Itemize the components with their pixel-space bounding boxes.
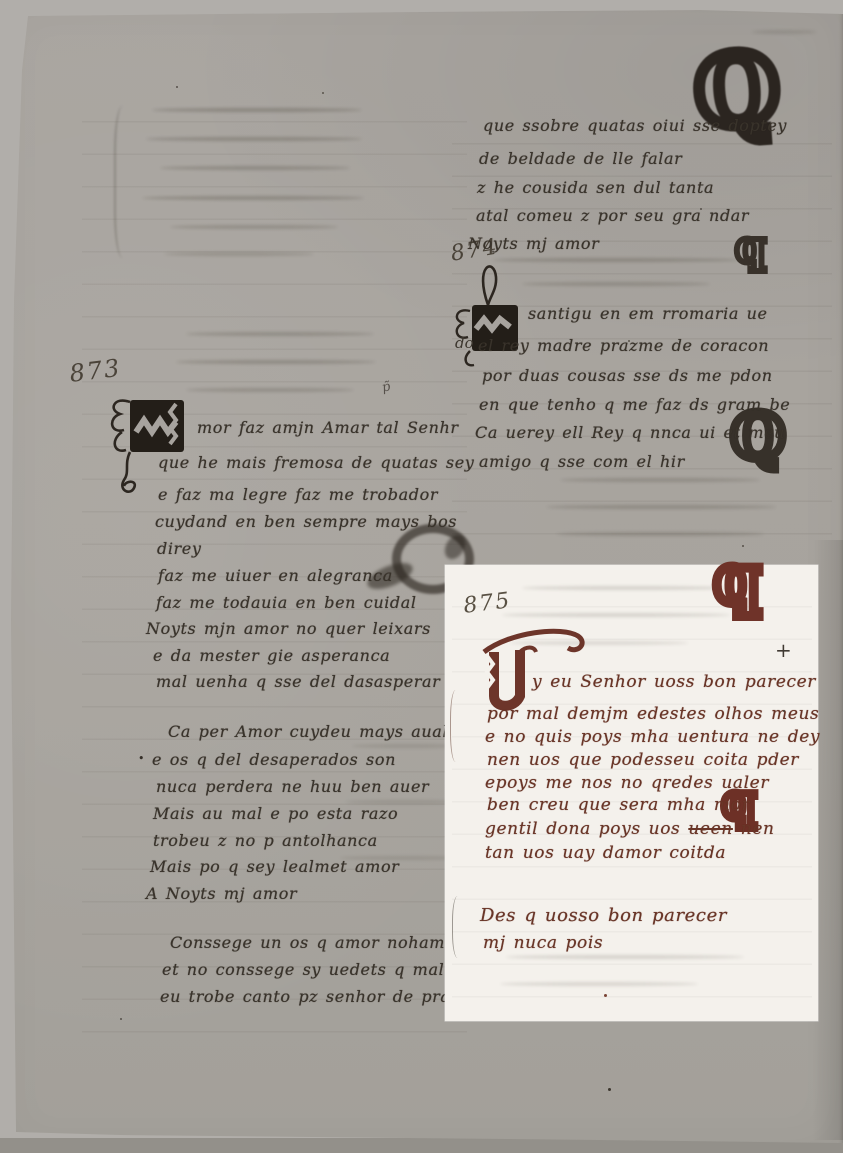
manuscript-scan: 873 874 do p̃ • Q q Q que ssobre quatas … <box>0 0 843 1153</box>
manuscript-line: el rey madre prazme de coracon <box>478 336 769 355</box>
ink-speck <box>783 710 785 712</box>
showthrough-line <box>522 282 710 286</box>
showthrough-line <box>556 532 764 536</box>
manuscript-line: gentil dona poys uos ueen nen <box>485 819 775 839</box>
manuscript-line: Conssege un os q amor noham <box>170 933 445 952</box>
manuscript-line: santigu en em rromaria ue <box>528 304 768 323</box>
manuscript-line: Des q uosso bon parecer <box>480 905 727 926</box>
showthrough-line <box>560 478 760 482</box>
ink-speck <box>608 1088 611 1091</box>
manuscript-line: nen uos que podesseu coita pder <box>487 750 799 770</box>
manuscript-line: A Noyts mj amor <box>146 884 297 903</box>
showthrough-line <box>502 613 730 617</box>
manuscript-line: e no quis poys mha uentura ne dey <box>485 727 820 747</box>
manuscript-line: e faz ma legre faz me trobador <box>158 485 438 504</box>
manuscript-line: mor faz amjn Amar tal Senhr <box>197 418 459 437</box>
showthrough-line <box>152 108 362 112</box>
showthrough-line <box>506 955 744 959</box>
manuscript-line: Ca uerey ell Rey q nnca ui et meu <box>475 423 785 442</box>
manuscript-line: e da mester gie asperanca <box>153 646 390 665</box>
showthrough-line <box>546 505 776 509</box>
decorated-initial-874 <box>440 255 535 380</box>
showthrough-line <box>352 744 460 748</box>
manuscript-line: y eu Senhor uoss bon parecer <box>532 672 816 692</box>
manuscript-line: mal uenha q sse del dasasperar <box>156 672 440 691</box>
manuscript-line: faz me uiuer en alegranca <box>158 566 393 585</box>
manuscript-line: e os q del desaperados son <box>152 750 396 769</box>
manuscript-line: que ssobre quatas oiui sse doptey <box>483 116 787 135</box>
ink-speck <box>742 545 744 547</box>
manuscript-line: direy <box>157 539 202 558</box>
manuscript-line: cuydand en ben sempre mays bos <box>155 512 457 531</box>
ink-speck <box>700 208 702 210</box>
manuscript-line: que he mais fremosa de quatas sey <box>158 453 474 472</box>
showthrough-line <box>522 586 730 590</box>
manuscript-line: Noyts mj amor <box>468 234 599 253</box>
ink-speck <box>628 340 630 342</box>
manuscript-line: Mais au mal e po esta razo <box>153 804 398 823</box>
bullet-mark: • <box>138 752 145 765</box>
manuscript-line: ben creu que sera mha mor <box>487 795 750 815</box>
ink-speck <box>120 1018 122 1020</box>
manuscript-line: atal comeu z por seu gra ndar <box>476 206 749 225</box>
showthrough-line <box>146 137 362 141</box>
manuscript-line: por duas cousas sse ds me pdon <box>482 366 773 385</box>
ink-speck <box>604 994 607 997</box>
marginal-letter-q-red-upper: q <box>714 546 760 612</box>
showthrough-line <box>176 360 376 364</box>
manuscript-line: mj nuca pois <box>483 933 603 953</box>
showthrough-line <box>500 982 698 986</box>
showthrough-line <box>164 252 314 256</box>
manuscript-line: tan uos uay damor coitda <box>485 843 726 863</box>
manuscript-line: nuca perdera ne huu ben auer <box>156 777 429 796</box>
showthrough-brace <box>114 106 128 258</box>
cross-mark: + <box>775 638 792 662</box>
manuscript-line: Ca per Amor cuydeu mays aualer <box>168 722 466 741</box>
showthrough-line <box>160 166 350 170</box>
marginal-letter-q-small: q <box>735 226 766 270</box>
manuscript-line: trobeu z no p antolhanca <box>153 831 378 850</box>
ink-speck <box>176 86 178 88</box>
manuscript-line: et no conssege sy uedets q mal <box>162 960 444 979</box>
showthrough-line <box>142 196 364 200</box>
manuscript-line: eu trobe canto pz senhor de pra <box>160 987 451 1006</box>
margin-word-do: do <box>455 334 474 352</box>
manuscript-line: Noyts mjn amor no quer leixars <box>146 619 431 638</box>
manuscript-line: epoys me nos no qredes ualer <box>485 773 769 793</box>
manuscript-line: de beldade de lle falar <box>479 149 682 168</box>
manuscript-line: por mal demjm edestes olhos meus <box>487 704 819 724</box>
showthrough-line <box>186 332 374 336</box>
margin-arc <box>452 896 463 958</box>
manuscript-line: faz me todauia en ben cuidal <box>156 593 417 612</box>
ink-speck <box>322 92 324 94</box>
manuscript-line: en que tenho q me faz ds gram be <box>479 395 790 414</box>
manuscript-line: z he cousida sen dul tanta <box>477 178 714 197</box>
manuscript-line: Mais po q sey lealmet amor <box>150 857 399 876</box>
manuscript-line: amigo q sse com el hir <box>479 452 685 471</box>
struck-word: ueen <box>688 819 732 839</box>
showthrough-line <box>170 225 338 229</box>
showthrough-line <box>186 388 354 392</box>
margin-arc <box>450 690 461 762</box>
